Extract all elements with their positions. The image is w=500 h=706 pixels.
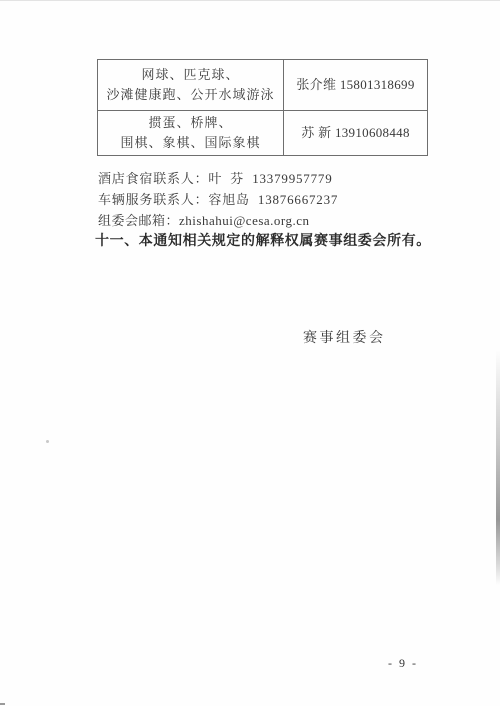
document-page: 网球、匹克球、 沙滩健康跑、公开水域游泳 张介维 15801318699 掼蛋、… — [0, 0, 500, 706]
events-text-line: 围棋、象棋、国际象棋 — [120, 133, 260, 153]
events-text-line: 网球、匹克球、 — [141, 65, 239, 85]
events-text-line: 沙滩健康跑、公开水域游泳 — [106, 85, 274, 105]
table-row: 网球、匹克球、 沙滩健康跑、公开水域游泳 张介维 15801318699 — [98, 60, 427, 110]
committee-email-line: 组委会邮箱：zhishahui@cesa.org.cn — [98, 210, 310, 229]
contact-cell: 张介维 15801318699 — [283, 60, 427, 110]
contact-person-phone: 张介维 15801318699 — [296, 75, 414, 95]
table-row: 掼蛋、桥牌、 围棋、象棋、国际象棋 苏 新 13910608448 — [98, 110, 427, 155]
scan-corner-mark — [0, 703, 5, 705]
hotel-contact-line: 酒店食宿联系人：叶 芬 13379957779 — [98, 168, 333, 187]
page-number: - 9 - — [388, 656, 418, 671]
event-contact-table: 网球、匹克球、 沙滩健康跑、公开水域游泳 张介维 15801318699 掼蛋、… — [97, 59, 428, 156]
events-cell: 掼蛋、桥牌、 围棋、象棋、国际象棋 — [98, 111, 283, 155]
organizing-committee-signature: 赛事组委会 — [303, 327, 386, 347]
contact-cell: 苏 新 13910608448 — [283, 111, 427, 155]
contact-person-phone: 苏 新 13910608448 — [301, 123, 410, 143]
events-text-line: 掼蛋、桥牌、 — [148, 113, 232, 133]
scan-edge-shadow — [496, 350, 500, 585]
events-cell: 网球、匹克球、 沙滩健康跑、公开水域游泳 — [98, 60, 283, 110]
vehicle-contact-line: 车辆服务联系人：容旭岛 13876667237 — [98, 189, 338, 208]
scan-speck — [46, 440, 49, 443]
scan-edge-line — [0, 0, 500, 1]
clause-eleven-text: 十一、本通知相关规定的解释权属赛事组委会所有。 — [95, 230, 431, 250]
